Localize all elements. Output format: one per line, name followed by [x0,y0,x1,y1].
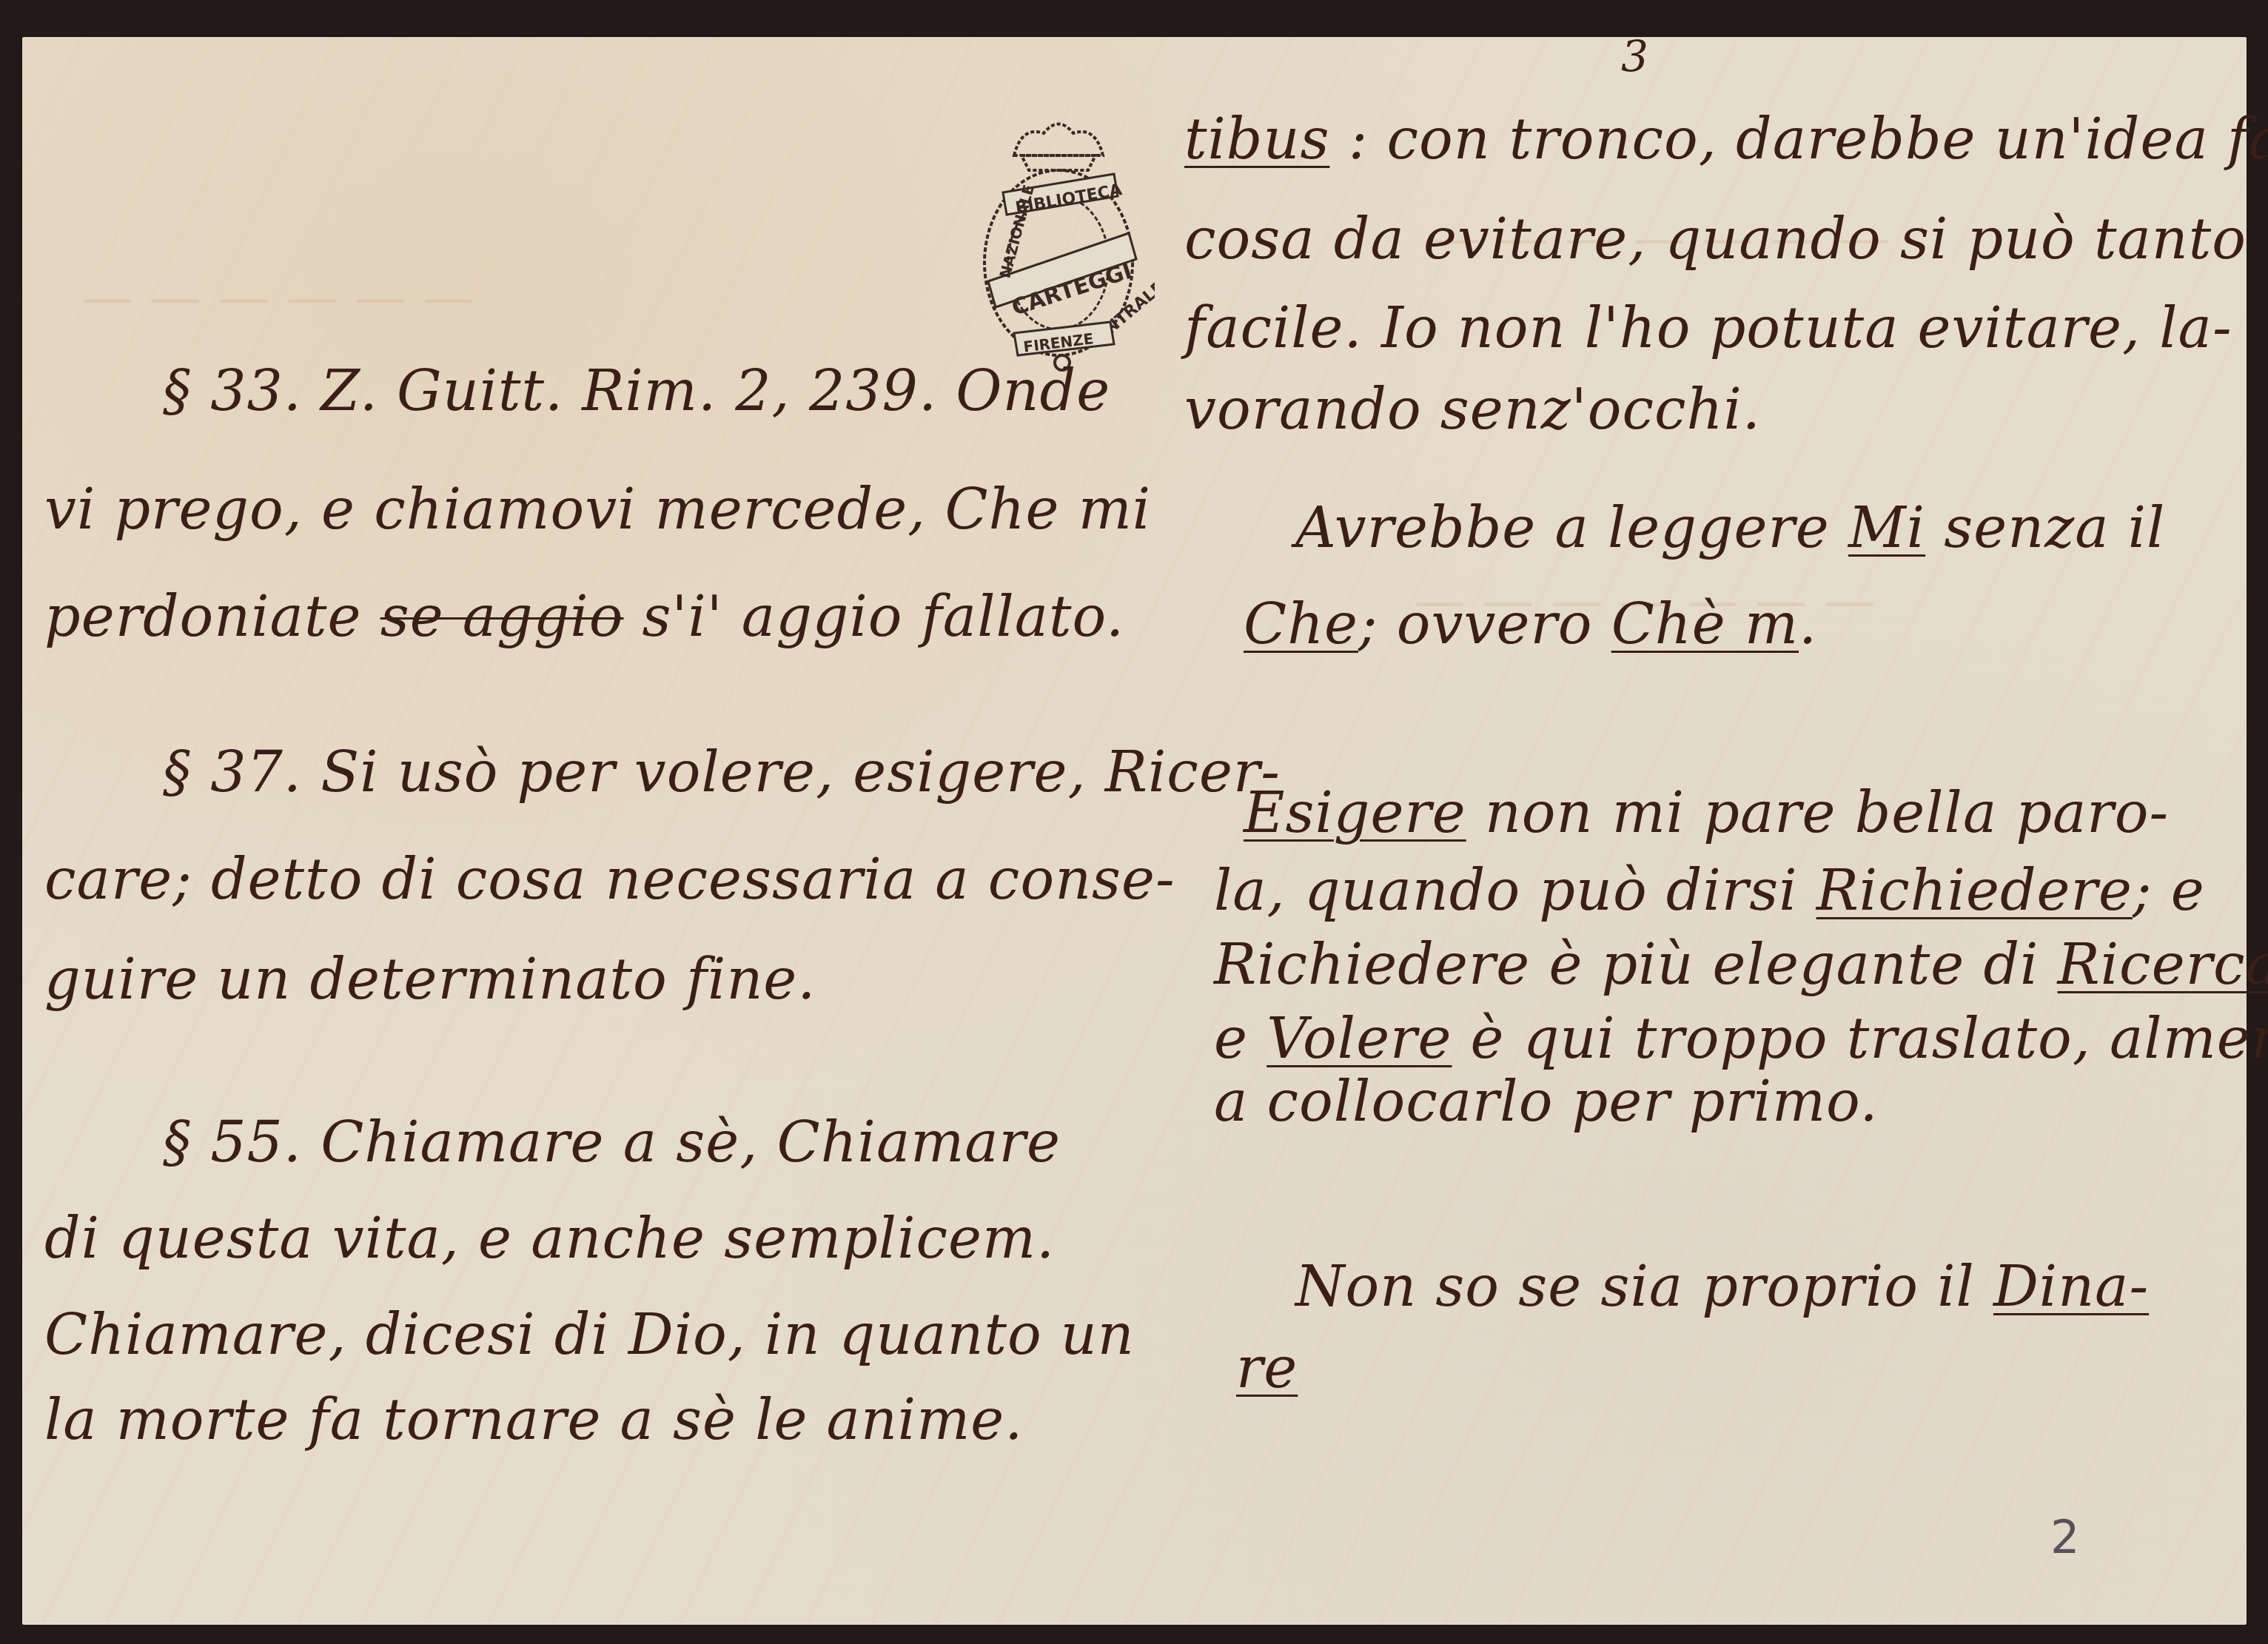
text: Richiedere è più elegante di [1214,931,2039,997]
text: . [1799,591,1817,657]
section-33-line-3: perdoniate se aggio s'i' aggio fallato. [44,588,1124,645]
underlined-word: Richiedere [1816,857,2133,923]
text: e [1214,1005,1248,1071]
text: non mi pare bella paro- [1485,779,2169,845]
section-55-line-2: di questa vita, e anche semplicem. [44,1210,1055,1266]
text: Avrebbe a leggere [1295,494,1830,560]
page-number: 3 [1621,31,1649,81]
section-55-line-1: § 55. Chiamare a sè, Chiamare [163,1114,1061,1170]
pencil-folio-number: 2 [2050,1510,2080,1564]
section-55-line-3: Chiamare, dicesi di Dio, in quanto un [44,1306,1135,1363]
library-stamp: BIBLIOTECA CARTEGGI NAZIONALE CENTRALE F… [962,111,1155,378]
text: è qui troppo traslato, almeno [1471,1005,2268,1071]
right-para-4-line-2: re [1236,1340,1298,1396]
text: ; ovvero [1358,591,1592,657]
underlined-word: Chè m [1611,591,1799,657]
right-para-1-line-3: facile. Io non l'ho potuta evitare, la- [1184,300,2232,356]
section-33-line-1: § 33. Z. Guitt. Rim. 2, 239. Onde [163,363,1110,419]
section-37-line-3: guire un determinato fine. [44,951,816,1007]
underlined-word: Che [1244,591,1358,657]
right-para-1-line-1: tibus : con tronco, darebbe un'idea fals… [1184,111,2268,167]
section-37-line-2: care; detto di cosa necessaria a conse- [44,851,1175,907]
underlined-word: Ricercare [2058,931,2268,997]
text: Non so se sia proprio il [1295,1253,1975,1319]
right-para-3-line-5: a collocarlo per primo. [1214,1073,1879,1130]
right-para-2-line-2: Che; ovvero Chè m. [1244,596,1817,652]
right-para-3-line-2: la, quando può dirsi Richiedere; e [1214,862,2205,919]
underlined-word: Volere [1266,1005,1452,1071]
right-para-2-line-1: Avrebbe a leggere Mi senza il [1295,500,2165,556]
text: s'i' aggio fallato. [643,583,1125,649]
section-33-line-2: vi prego, e chiamovi mercede, Che mi [44,481,1151,537]
struck-text: se aggio [380,583,624,649]
section-37-line-1: § 37. Si usò per volere, esigere, Ricer- [163,744,1281,800]
right-para-3-line-1: Esigere non mi pare bella paro- [1244,785,2169,841]
underlined-word: Esigere [1244,779,1466,845]
bleed-through-text: — — — — — — [81,266,474,327]
text: senza il [1944,494,2165,560]
stamp-icon: BIBLIOTECA CARTEGGI NAZIONALE CENTRALE F… [962,111,1155,378]
underlined-word: Mi [1848,494,1925,560]
manuscript-page: — — — — — — — — — — — — — — — — — — — — … [22,37,2247,1625]
scan-frame: — — — — — — — — — — — — — — — — — — — — … [0,0,2268,1644]
text: la, quando può dirsi [1214,857,1797,923]
right-para-3-line-3: Richiedere è più elegante di Ricercare; [1214,936,2268,993]
underlined-word: re [1236,1335,1298,1400]
section-55-line-4: la morte fa tornare a sè le anime. [44,1392,1023,1448]
underlined-word: tibus [1184,106,1329,172]
underlined-word: Dina- [1993,1253,2149,1319]
right-para-4-line-1: Non so se sia proprio il Dina- [1295,1258,2149,1315]
right-para-1-line-2: cosa da evitare, quando si può tanto [1184,211,2247,267]
right-para-3-line-4: e Volere è qui troppo traslato, almeno [1214,1010,2268,1067]
text: ; e [2133,857,2205,923]
text: perdoniate [44,583,361,649]
right-para-1-line-4: vorando senz'occhi. [1184,381,1761,437]
text: : con tronco, darebbe un'idea falsa: [1349,106,2268,172]
